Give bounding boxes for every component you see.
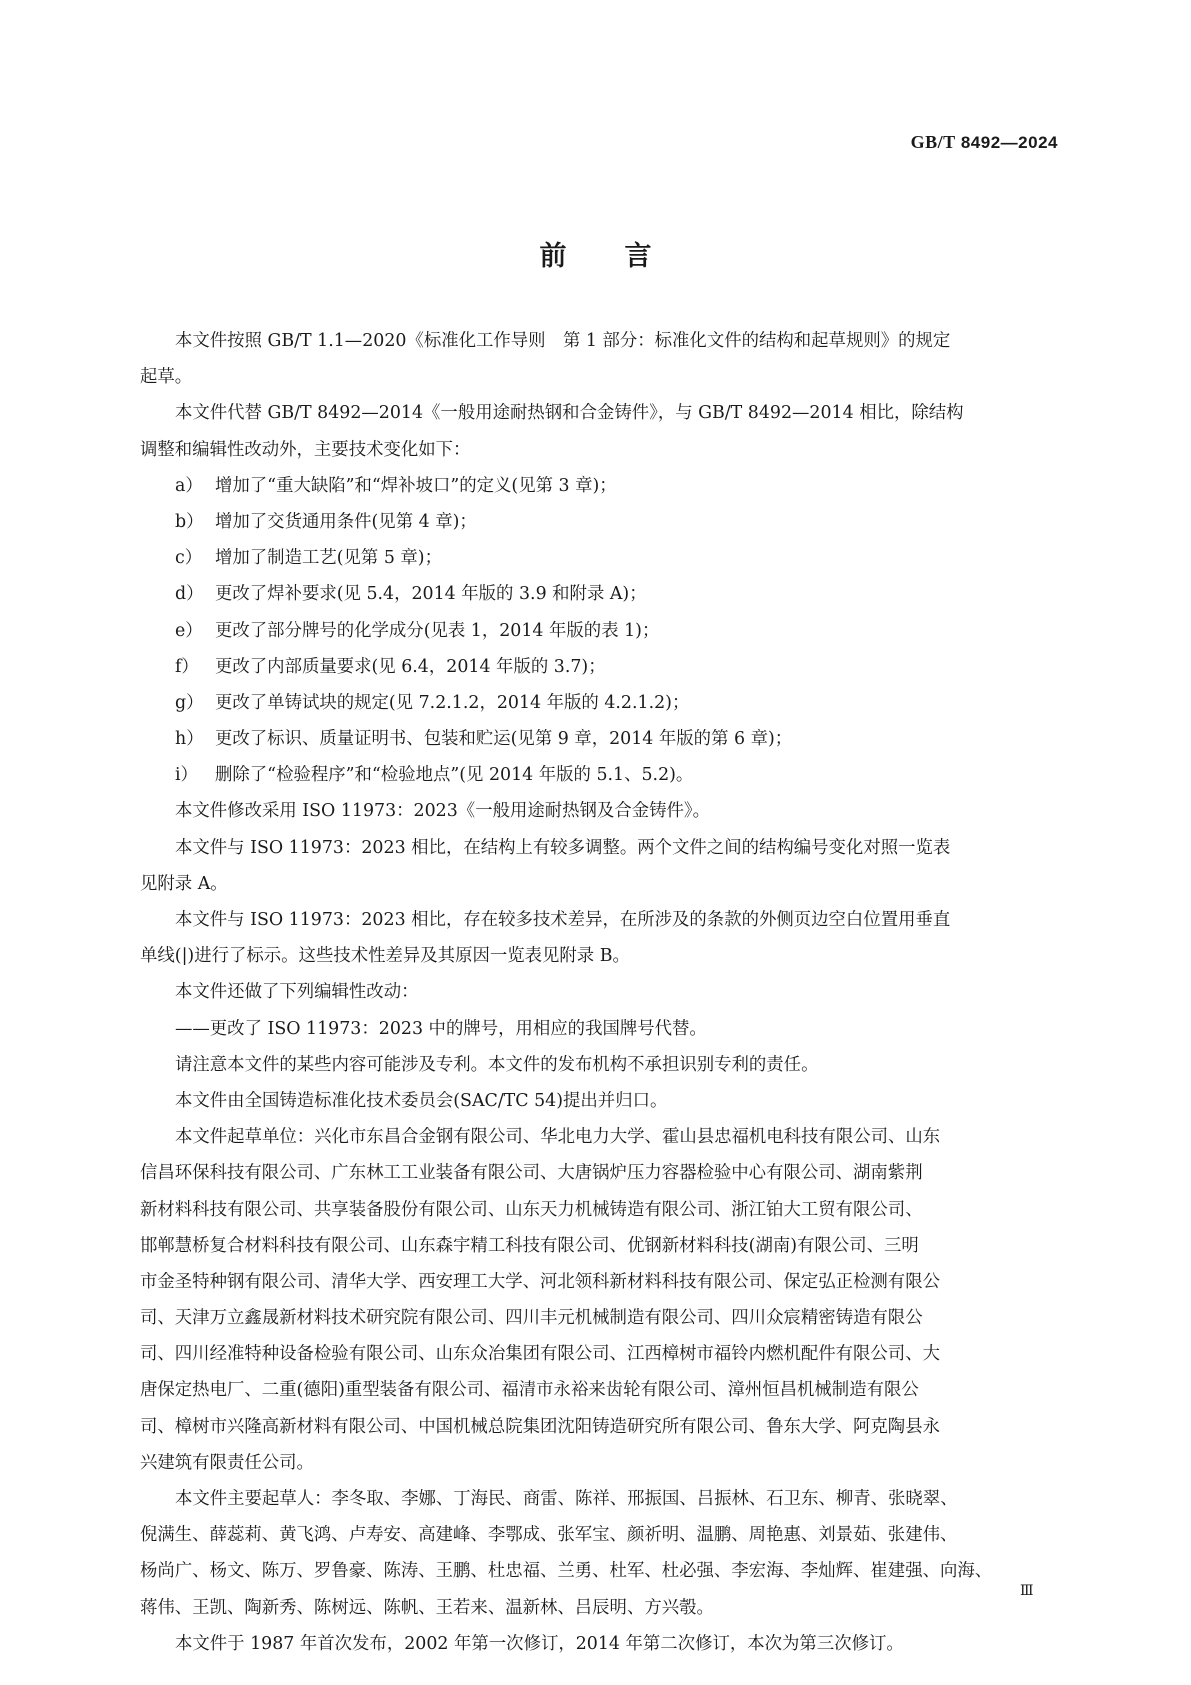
- list-item: a）增加了“重大缺陷”和“焊补坡口”的定义(见第 3 章)；: [140, 468, 1058, 504]
- drafting-units-line: 邯郸慧桥复合材料科技有限公司、山东森宇精工科技有限公司、优钢新材料科技(湖南)有…: [140, 1228, 1058, 1264]
- list-marker: b）: [175, 504, 215, 540]
- list-item-text: 增加了交货通用条件(见第 4 章)；: [215, 512, 477, 532]
- page-title: 前言: [0, 234, 1191, 273]
- list-item: h）更改了标识、质量证明书、包装和贮运(见第 9 章，2014 年版的第 6 章…: [140, 721, 1058, 757]
- list-marker: e）: [175, 613, 215, 649]
- drafting-units-line: 新材料科技有限公司、共享装备股份有限公司、山东天力机械铸造有限公司、浙江铂大工贸…: [140, 1192, 1058, 1228]
- drafters-line: 倪满生、薛蕊莉、黄飞鸿、卢寿安、高建峰、李鄂成、张军宝、颜祈明、温鹏、周艳惠、刘…: [140, 1517, 1058, 1553]
- paragraph-line: 本文件代替 GB/T 8492—2014《一般用途耐热钢和合金铸件》，与 GB/…: [140, 395, 1058, 431]
- drafting-units-line: 司、樟树市兴隆高新材料有限公司、中国机械总院集团沈阳铸造研究所有限公司、鲁东大学…: [140, 1409, 1058, 1445]
- list-item: e）更改了部分牌号的化学成分(见表 1，2014 年版的表 1)；: [140, 613, 1058, 649]
- paragraph-line: 本文件与 ISO 11973：2023 相比，存在较多技术差异，在所涉及的条款的…: [140, 902, 1058, 938]
- paragraph-line: 见附录 A。: [140, 866, 1058, 902]
- list-item-text: 增加了“重大缺陷”和“焊补坡口”的定义(见第 3 章)；: [215, 476, 617, 496]
- drafters-line: 蒋伟、王凯、陶新秀、陈树远、陈帆、王若来、温新林、吕辰明、方兴彀。: [140, 1590, 1058, 1626]
- list-item-text: 更改了内部质量要求(见 6.4，2014 年版的 3.7)；: [215, 657, 606, 677]
- list-item-text: 增加了制造工艺(见第 5 章)；: [215, 548, 442, 568]
- drafting-units-line: 本文件起草单位：兴化市东昌合金钢有限公司、华北电力大学、霍山县忠福机电科技有限公…: [140, 1119, 1058, 1155]
- paragraph-line: 本文件按照 GB/T 1.1—2020《标准化工作导则 第 1 部分：标准化文件…: [140, 323, 1058, 359]
- paragraph-line: 本文件与 ISO 11973：2023 相比，在结构上有较多调整。两个文件之间的…: [140, 830, 1058, 866]
- page-number: Ⅲ: [1020, 1583, 1033, 1600]
- list-item: f）更改了内部质量要求(见 6.4，2014 年版的 3.7)；: [140, 649, 1058, 685]
- list-marker: c）: [175, 540, 215, 576]
- dash-list-item: ——更改了 ISO 11973：2023 中的牌号，用相应的我国牌号代替。: [140, 1011, 1058, 1047]
- list-item-text: 删除了“检验程序”和“检验地点”(见 2014 年版的 5.1、5.2)。: [215, 765, 693, 785]
- drafting-units-line: 司、四川经准特种设备检验有限公司、山东众冶集团有限公司、江西樟树市福铃内燃机配件…: [140, 1336, 1058, 1372]
- paragraph-line: 单线(|)进行了标示。这些技术性差异及其原因一览表见附录 B。: [140, 938, 1058, 974]
- standard-prefix: GB/T: [911, 132, 956, 152]
- drafters-line: 杨尚广、杨文、陈万、罗鲁豪、陈涛、王鹏、杜忠福、兰勇、杜军、杜必强、李宏海、李灿…: [140, 1553, 1058, 1589]
- paragraph-line: 本文件还做了下列编辑性改动：: [140, 974, 1058, 1010]
- drafting-units-line: 司、天津万立鑫晟新材料技术研究院有限公司、四川丰元机械制造有限公司、四川众宸精密…: [140, 1300, 1058, 1336]
- standard-code: GB/T 8492—2024: [911, 132, 1058, 153]
- list-marker: g）: [175, 685, 215, 721]
- list-item-text: 更改了单铸试块的规定(见 7.2.1.2，2014 年版的 4.2.1.2)；: [215, 693, 689, 713]
- standard-number: 8492—2024: [956, 133, 1058, 152]
- list-marker: h）: [175, 721, 215, 757]
- list-item: b）增加了交货通用条件(见第 4 章)；: [140, 504, 1058, 540]
- list-item: g）更改了单铸试块的规定(见 7.2.1.2，2014 年版的 4.2.1.2)…: [140, 685, 1058, 721]
- paragraph-line: 调整和编辑性改动外，主要技术变化如下：: [140, 432, 1058, 468]
- foreword-body: 本文件按照 GB/T 1.1—2020《标准化工作导则 第 1 部分：标准化文件…: [140, 323, 1058, 1662]
- revision-history: 本文件于 1987 年首次发布，2002 年第一次修订，2014 年第二次修订，…: [140, 1626, 1058, 1662]
- list-item-text: 更改了部分牌号的化学成分(见表 1，2014 年版的表 1)；: [215, 621, 659, 641]
- paragraph-line: 本文件由全国铸造标准化技术委员会(SAC/TC 54)提出并归口。: [140, 1083, 1058, 1119]
- list-marker: d）: [175, 576, 215, 612]
- drafting-units-line: 唐保定热电厂、二重(德阳)重型装备有限公司、福清市永裕来齿轮有限公司、漳州恒昌机…: [140, 1372, 1058, 1408]
- paragraph-line: 起草。: [140, 359, 1058, 395]
- drafting-units-line: 信昌环保科技有限公司、广东林工工业装备有限公司、大唐锅炉压力容器检验中心有限公司…: [140, 1155, 1058, 1191]
- list-marker: i）: [175, 757, 215, 793]
- list-item-text: 更改了焊补要求(见 5.4，2014 年版的 3.9 和附录 A)；: [215, 584, 647, 604]
- patent-notice: 请注意本文件的某些内容可能涉及专利。本文件的发布机构不承担识别专利的责任。: [140, 1047, 1058, 1083]
- list-item-text: 更改了标识、质量证明书、包装和贮运(见第 9 章，2014 年版的第 6 章)；: [215, 729, 792, 749]
- drafting-units-line: 市金圣特种钢有限公司、清华大学、西安理工大学、河北领科新材料科技有限公司、保定弘…: [140, 1264, 1058, 1300]
- list-marker: a）: [175, 468, 215, 504]
- drafters-line: 本文件主要起草人：李冬取、李娜、丁海民、商雷、陈祥、邢振国、吕振林、石卫东、柳青…: [140, 1481, 1058, 1517]
- list-item: i）删除了“检验程序”和“检验地点”(见 2014 年版的 5.1、5.2)。: [140, 757, 1058, 793]
- paragraph-line: 本文件修改采用 ISO 11973：2023《一般用途耐热钢及合金铸件》。: [140, 793, 1058, 829]
- list-item: d）更改了焊补要求(见 5.4，2014 年版的 3.9 和附录 A)；: [140, 576, 1058, 612]
- list-item: c）增加了制造工艺(见第 5 章)；: [140, 540, 1058, 576]
- list-marker: f）: [175, 649, 215, 685]
- drafting-units-line: 兴建筑有限责任公司。: [140, 1445, 1058, 1481]
